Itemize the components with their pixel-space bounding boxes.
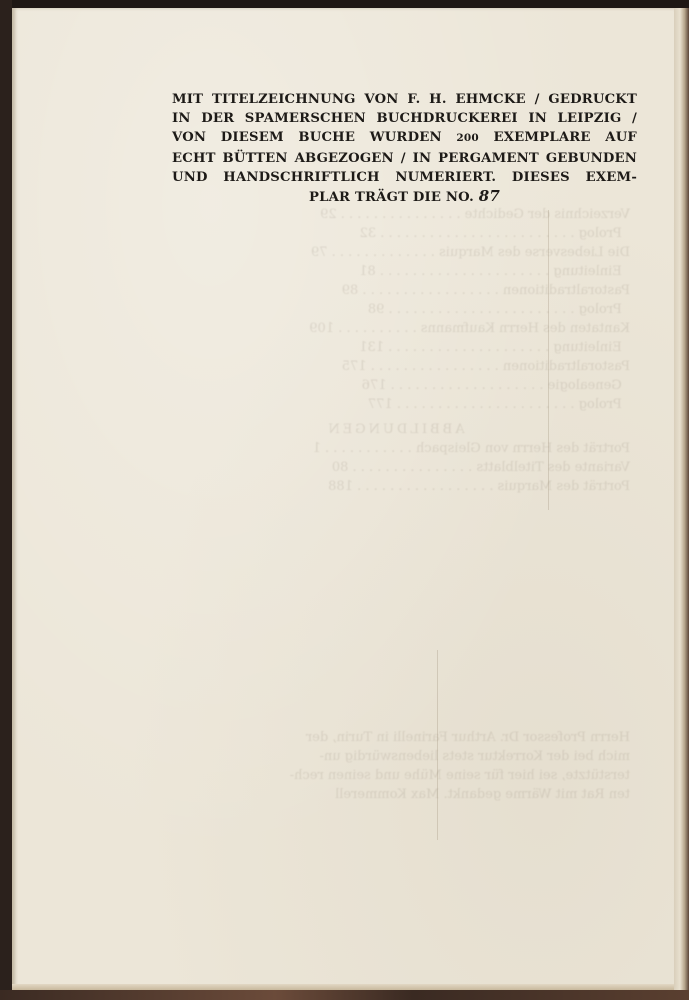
colophon-line-4: ECHT BÜTTEN ABGEZOGEN / IN PERGAMENT GEB… [172, 149, 637, 168]
binding-left-edge [0, 0, 12, 1000]
paper-crease [548, 210, 549, 510]
colophon-line-6: PLAR TRÄGT DIE NO. 87 [172, 187, 637, 207]
handwritten-copy-number: 87 [479, 187, 500, 205]
colophon-line-5: UND HANDSCHRIFTLICH NUMERIERT. DIESES EX… [172, 168, 637, 187]
paper-crease [437, 650, 438, 840]
colophon-line-3: VON DIESEM BUCHE WURDEN 200 EXEMPLARE AU… [172, 128, 637, 148]
colophon-line-6-text: PLAR TRÄGT DIE NO. [309, 190, 474, 205]
colophon-line-3-tail: EXEMPLARE AUF [494, 130, 637, 145]
colophon-line-2: IN DER SPAMERSCHEN BUCHDRUCKEREI IN LEIP… [172, 109, 637, 128]
page-stack-right-edge [674, 8, 689, 990]
colophon-line-3-text: VON DIESEM BUCHE WURDEN [172, 130, 442, 145]
scan-top-border [0, 0, 689, 8]
colophon: MIT TITELZEICHNUNG VON F. H. EHMCKE / GE… [172, 90, 637, 207]
edition-size: 200 [456, 132, 479, 144]
cover-bottom-edge [0, 990, 689, 1000]
colophon-line-1: MIT TITELZEICHNUNG VON F. H. EHMCKE / GE… [172, 90, 637, 109]
